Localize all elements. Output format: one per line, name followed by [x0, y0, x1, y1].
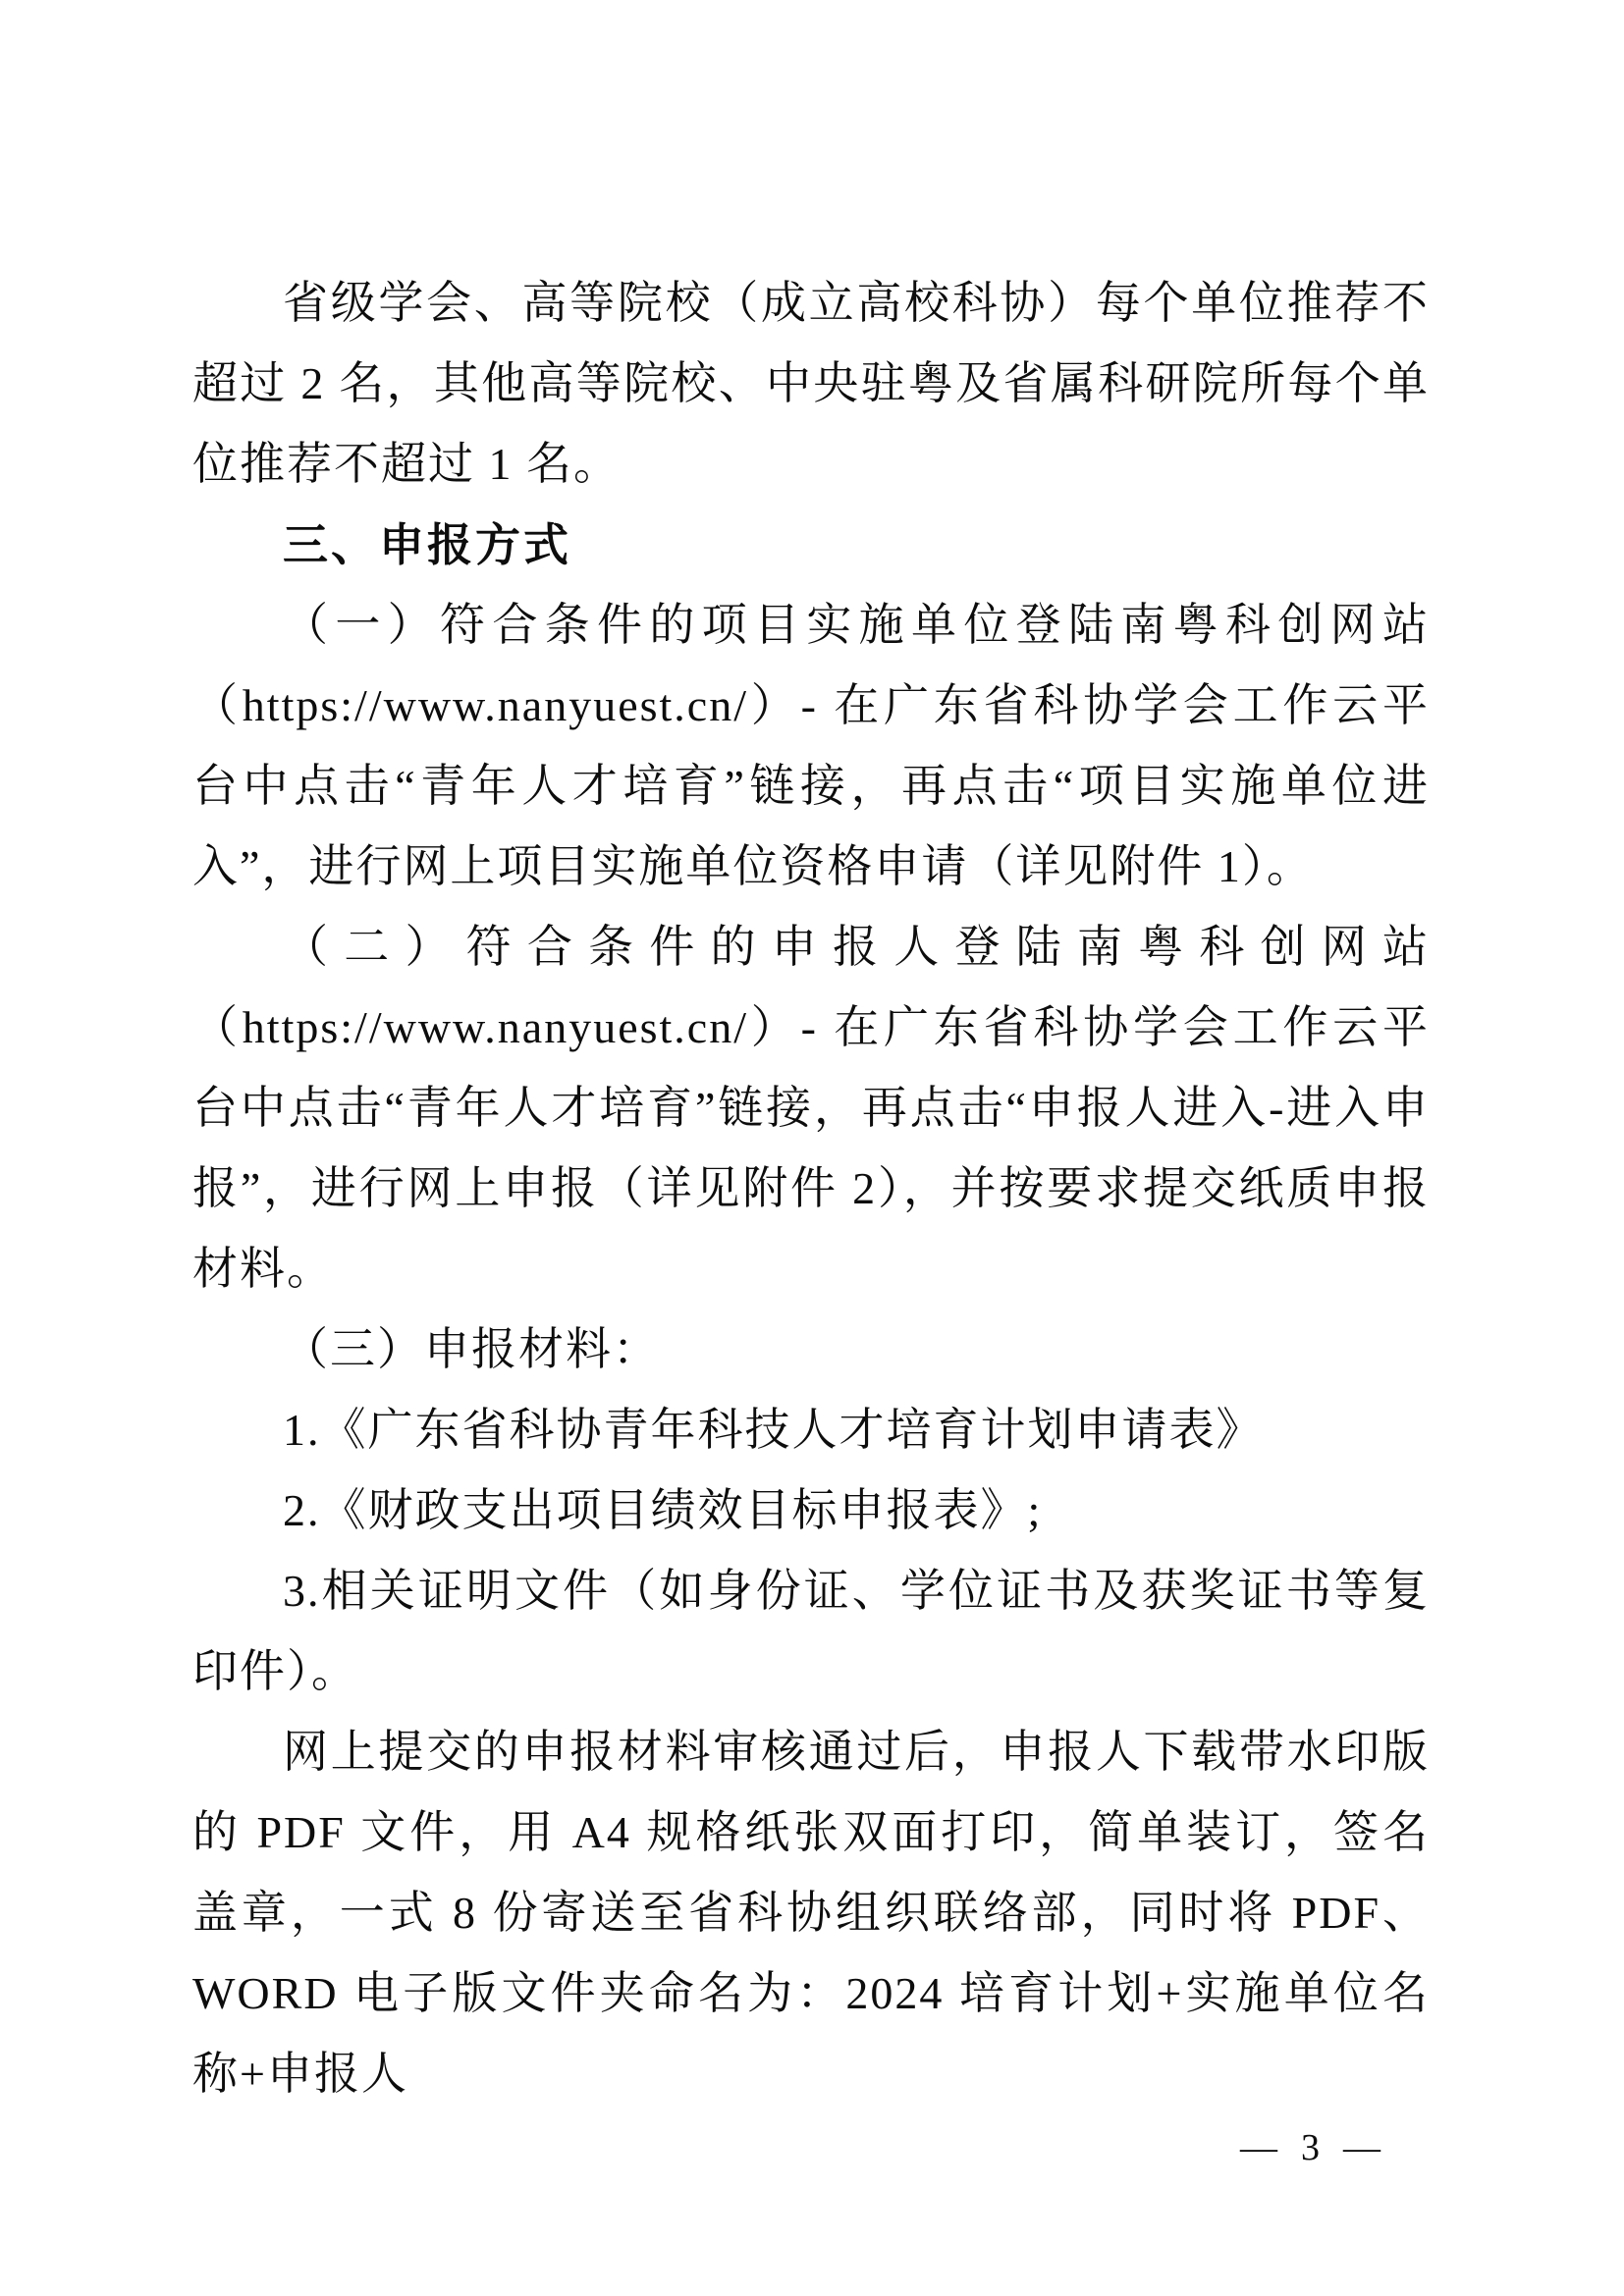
section-heading-application-method: 三、申报方式 [192, 505, 1430, 585]
page-number-value: 3 [1301, 2126, 1320, 2169]
document-body: 省级学会、高等院校（成立高校科协）每个单位推荐不超过 2 名，其他高等院校、中央… [192, 263, 1430, 2114]
page-number-dash-left: — [1240, 2126, 1277, 2169]
list-item-application-form: 1.《广东省科协青年科技人才培育计划申请表》 [192, 1390, 1430, 1470]
paragraph-recommendation-quota: 省级学会、高等院校（成立高校科协）每个单位推荐不超过 2 名，其他高等院校、中央… [192, 263, 1430, 505]
paragraph-item-three-label: （三）申报材料： [192, 1309, 1430, 1390]
page-number-dash-right: — [1343, 2126, 1380, 2169]
page-number: — 3 — [1240, 2126, 1380, 2169]
website-url: （https://www.nanyuest.cn/）- [192, 1002, 834, 1052]
paragraph-item-one: （一）符合条件的项目实施单位登陆南粤科创网站（https://www.nanyu… [192, 585, 1430, 907]
paragraph-text: （二）符合条件的申报人登陆南粤科创网站 [283, 922, 1430, 972]
paragraph-item-two: （二）符合条件的申报人登陆南粤科创网站（https://www.nanyuest… [192, 907, 1430, 1309]
paragraph-submission-instructions: 网上提交的申报材料审核通过后，申报人下载带水印版的 PDF 文件，用 A4 规格… [192, 1712, 1430, 2114]
list-item-performance-form: 2.《财政支出项目绩效目标申报表》; [192, 1470, 1430, 1551]
scanned-document-page: 省级学会、高等院校（成立高校科协）每个单位推荐不超过 2 名，其他高等院校、中央… [0, 0, 1624, 2296]
list-item-certificates: 3.相关证明文件（如身份证、学位证书及获奖证书等复印件）。 [192, 1551, 1430, 1712]
paragraph-text: （一）符合条件的项目实施单位登陆南粤科创网站 [283, 600, 1430, 650]
website-url: （https://www.nanyuest.cn/）- [192, 680, 834, 730]
